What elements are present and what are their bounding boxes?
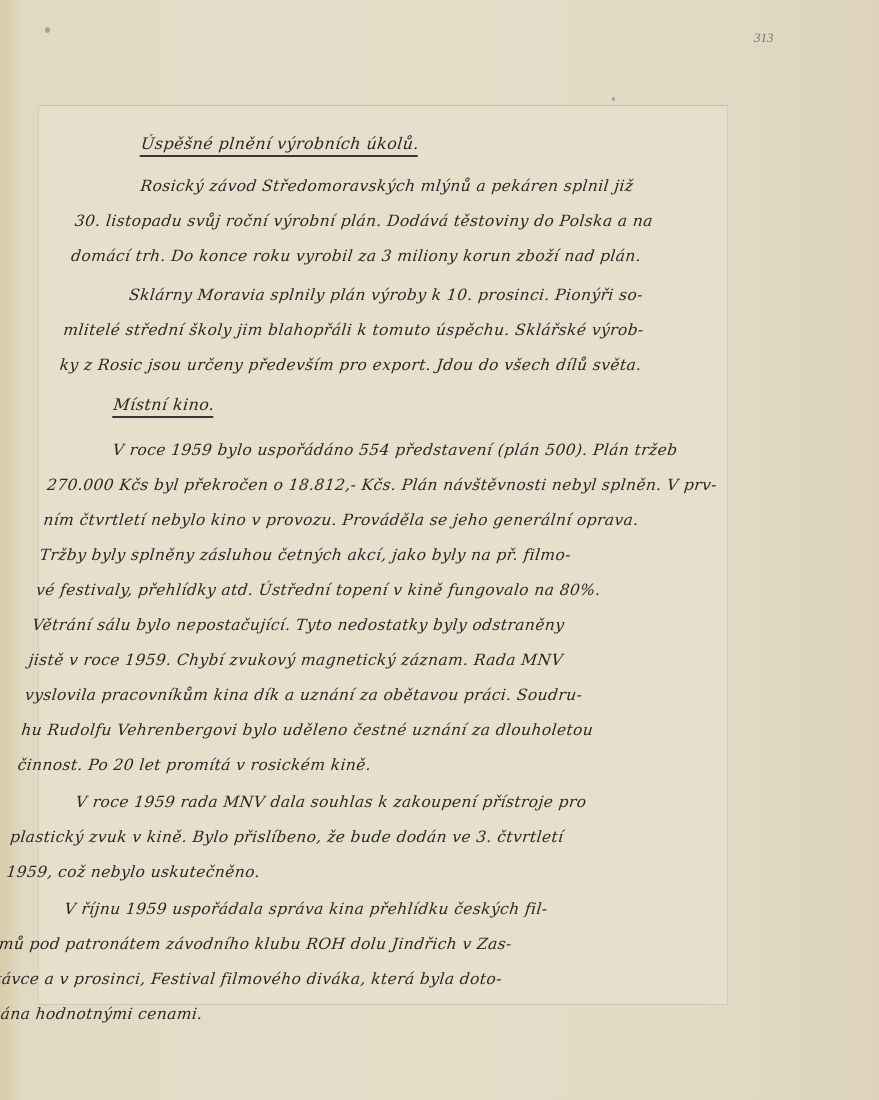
paragraph: V roce 1959 bylo uspořádáno 554 představ… — [16, 433, 741, 783]
text-line: domácí trh. Do konce roku vyrobil za 3 m… — [69, 239, 761, 274]
text-line: Sklárny Moravia splnily plán výroby k 10… — [65, 278, 757, 313]
section-heading-production: Úspěšné plnění výrobních úkolů. — [140, 134, 420, 157]
text-line: ním čtvrtletí nebylo kino v provozu. Pro… — [42, 503, 734, 538]
text-line: 270.000 Kčs byl překročen o 18.812,- Kčs… — [45, 468, 737, 503]
text-line: hu Rudolfu Vehrenbergovi bylo uděleno če… — [20, 713, 712, 748]
text-line: Větrání sálu bylo nepostačující. Tyto ne… — [31, 608, 723, 643]
text-line: V roce 1959 rada MNV dala souhlas k zako… — [12, 785, 704, 820]
text-line: V říjnu 1959 uspořádala správa kina přeh… — [1, 892, 693, 927]
text-line: 30. listopadu svůj roční výrobní plán. D… — [73, 204, 765, 239]
text-line: vyslovila pracovníkům kina dík a uznání … — [23, 678, 715, 713]
paragraph: Rosický závod Středomoravských mlýnů a p… — [69, 169, 768, 274]
text-line: ky z Rosic jsou určeny především pro exp… — [58, 348, 750, 383]
text-line: vána hodnotnými cenami. — [0, 997, 681, 1032]
handwritten-text: Úspěšné plnění výrobních úkolů. Rosický … — [0, 112, 774, 1032]
paragraph: Sklárny Moravia splnily plán výroby k 10… — [58, 278, 757, 383]
text-line: Rosický závod Středomoravských mlýnů a p… — [77, 169, 769, 204]
text-line: mlitelé střední školy jim blahopřáli k t… — [62, 313, 754, 348]
pinhole-mark — [45, 27, 50, 33]
pinhole-mark — [612, 97, 615, 101]
text-line: 1959, což nebylo uskutečněno. — [5, 855, 697, 890]
text-line: vé festivaly, přehlídky atd. Ústřední to… — [34, 573, 726, 608]
section-heading-cinema: Místní kino. — [111, 385, 745, 425]
paragraph: V říjnu 1959 uspořádala správa kina přeh… — [0, 892, 692, 1032]
text-line: Tržby byly splněny zásluhou četných akcí… — [38, 538, 730, 573]
text-line: távce a v prosinci, Festival filmového d… — [0, 962, 685, 997]
text-line: mů pod patronátem závodního klubu ROH do… — [0, 927, 689, 962]
paragraph: V roce 1959 rada MNV dala souhlas k zako… — [5, 785, 704, 890]
text-line: V roce 1959 bylo uspořádáno 554 představ… — [49, 433, 741, 468]
text-line: plastický zvuk v kině. Bylo přislíbeno, … — [8, 820, 700, 855]
text-line: činnost. Po 20 let promítá v rosickém ki… — [16, 748, 708, 783]
page-number: 313 — [754, 30, 774, 46]
text-line: jistě v roce 1959. Chybí zvukový magneti… — [27, 643, 719, 678]
